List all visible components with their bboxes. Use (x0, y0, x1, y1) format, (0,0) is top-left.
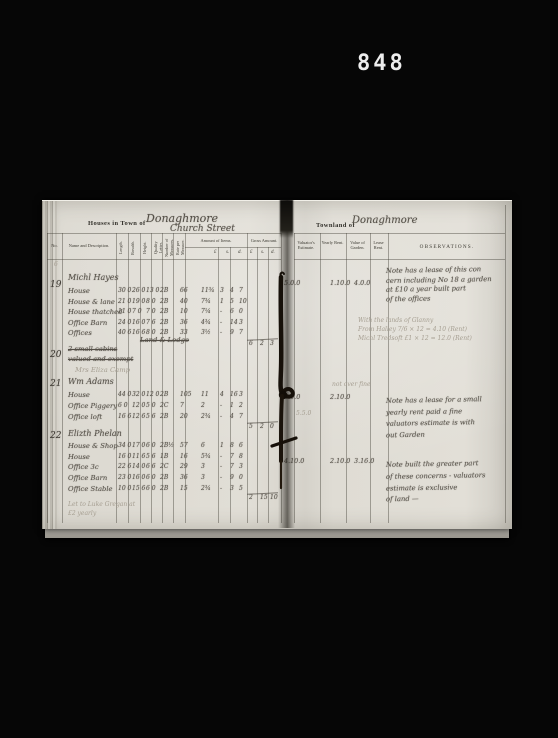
line-description: Office Piggery (68, 402, 117, 410)
observation-line: Note built the greater part (386, 459, 479, 469)
pence-sublabel: d. (238, 250, 242, 255)
breadth-value: 16 0 (132, 474, 145, 481)
observation-line: out Garden (386, 430, 425, 439)
breadth-value: 19 0 (132, 298, 145, 305)
amount-value: 10 (239, 298, 247, 305)
amount-value: 3 (239, 463, 243, 470)
observation-line: of these concerns - valuators (386, 471, 486, 481)
observation-line: yearly rent paid a fine (386, 407, 462, 416)
col-header-estimate: Valuator's Estimate. (293, 240, 319, 250)
breadth-value: 15 6 (132, 485, 145, 492)
yearly-rent-value: 1.10.0 (330, 279, 350, 287)
col-header-breadth: Breadth. (130, 236, 139, 259)
amount-value: 7 (230, 453, 234, 460)
grid-line (47, 233, 48, 523)
quality-value: 2B (160, 413, 168, 420)
amount-value: 6 (239, 442, 243, 449)
observation-line: of the offices (386, 295, 431, 304)
amount-value: 16 (230, 391, 238, 398)
amount-value: 3 (220, 287, 224, 294)
grid-line (294, 259, 505, 260)
amount-value: 1 (220, 442, 224, 449)
measures-value: 105 (180, 391, 191, 398)
col-header-observations: OBSERVATIONS. (392, 244, 502, 250)
rate-value: 2 (201, 402, 205, 409)
length-value: 23 0 (118, 474, 131, 481)
rate-value: 3½ (201, 329, 211, 336)
height-value: 8 0 (146, 298, 156, 305)
col-header-amount: Amount of Items. (186, 238, 246, 243)
length-value: 11 0 (118, 308, 131, 315)
amount-value: 1 (230, 402, 234, 409)
col-header-quality: Quality Letter. (153, 236, 162, 259)
entry-number: 20 (50, 350, 61, 360)
margin-pencil-note: 6 (54, 261, 58, 268)
amount-value: - (220, 308, 222, 315)
lease-rent-value: 3.16.0 (354, 457, 374, 465)
amount-value: 3 (230, 485, 234, 492)
length-value: 24 0 (118, 319, 131, 326)
measures-value: 57 (180, 442, 188, 449)
breadth-value: 12 6 (132, 413, 145, 420)
amount-value: 1 (220, 298, 224, 305)
amount-value: 5 (230, 298, 234, 305)
struck-note: Land & Lodge (140, 336, 189, 344)
pencil-bottom-note: Let to Luke Gregan at (68, 501, 135, 508)
amount-value: - (220, 413, 222, 420)
quality-value: 2C (160, 463, 168, 470)
quality-value: 2B (160, 298, 168, 305)
col-header-measures: Number of Measures. (164, 236, 173, 259)
observation-line: cern including No 18 a garden (386, 275, 492, 285)
height-value: 12 0 (146, 391, 159, 398)
height-value: 8 0 (146, 329, 156, 336)
line-description: House (68, 453, 90, 461)
measures-value: 10 (180, 308, 188, 315)
rate-value: 5¾ (201, 453, 211, 460)
rate-value: 4¾ (201, 319, 211, 326)
grid-line (320, 233, 321, 523)
rate-value: 3 (201, 474, 205, 481)
height-value: 6 0 (146, 485, 156, 492)
breadth-value: 26 0 (132, 287, 145, 294)
amount-value: 14 (230, 319, 238, 326)
length-value: 22 6 (118, 463, 131, 470)
gross-total-value: 5 (249, 423, 253, 430)
rate-value: 7¼ (201, 308, 211, 315)
gross-total-value: 2 (249, 494, 253, 501)
measures-value: 15 (180, 485, 188, 492)
amount-value: 8 (230, 442, 234, 449)
entry-number: 21 (50, 379, 61, 389)
rate-value: 2¾ (201, 485, 211, 492)
amount-value: 4 (230, 287, 234, 294)
amount-value: - (220, 474, 222, 481)
grid-line (47, 233, 281, 234)
rate-value: 7¾ (201, 298, 211, 305)
quality-value: 2C (160, 402, 168, 409)
shilling-sublabel: s. (261, 250, 264, 255)
length-value: 10 0 (118, 485, 131, 492)
amount-value: 7 (239, 329, 243, 336)
quality-value: 2B (160, 474, 168, 481)
breadth-value: 12 0 (132, 402, 145, 409)
amount-value: 3 (239, 391, 243, 398)
grid-line (218, 247, 219, 523)
film-frame-number: 848 (357, 51, 406, 76)
breadth-value: 16 0 (132, 319, 145, 326)
gross-total-value: 2 (260, 423, 264, 430)
grid-line (370, 233, 371, 523)
col-header-gross: Gross Amount. (247, 238, 281, 243)
col-header-lease: Lease Rent. (370, 240, 387, 250)
struck-entry-line: 2 small cabins (68, 345, 117, 353)
rate-value: 2¾ (201, 413, 211, 420)
grid-line (247, 233, 248, 523)
length-value: 30 0 (118, 287, 131, 294)
amount-value: 7 (239, 413, 243, 420)
quality-value: 2B (160, 319, 168, 326)
quality-value: 2B½ (160, 442, 174, 449)
amount-value: - (220, 453, 222, 460)
breadth-value: 17 0 (132, 442, 145, 449)
col-header-no: No. (47, 243, 62, 248)
rate-value: 11¾ (201, 287, 214, 294)
line-description: Office 3c (68, 463, 99, 471)
height-value: 6 6 (146, 463, 156, 470)
amount-value: 8 (239, 453, 243, 460)
book-spine-edge (42, 201, 57, 529)
amount-value: 2 (239, 402, 243, 409)
amount-value: - (220, 463, 222, 470)
amount-value: 3 (239, 319, 243, 326)
line-description: Offices (68, 329, 92, 337)
occupier-name: Elizth Phelan (68, 429, 122, 438)
quality-value: 1B (160, 453, 168, 460)
breadth-value: 32 0 (132, 391, 145, 398)
right-page-title: Townland of (316, 222, 355, 229)
quality-value: 2B (160, 391, 168, 398)
length-value: 34 0 (118, 442, 131, 449)
pound-sublabel: £ (250, 250, 253, 255)
book-gutter-shadow (280, 200, 293, 238)
breadth-value: 14 0 (132, 463, 145, 470)
breadth-value: 7 0 (132, 308, 142, 315)
col-header-rate: Rate per Measure. (175, 236, 184, 259)
grid-line (173, 233, 174, 523)
height-value: 6 0 (146, 474, 156, 481)
line-description: House & Shop (68, 442, 118, 450)
observation-line: Note has a lease for a small (386, 395, 482, 405)
pencil-observation-line: From Halley 7/6 × 12 = 4.10 (Rent) (358, 326, 467, 333)
measures-value: 16 (180, 453, 188, 460)
yearly-rent-value: 2.10.0 (330, 393, 350, 401)
amount-value: 4 (220, 391, 224, 398)
length-value: 16 0 (118, 453, 131, 460)
breadth-value: 16 6 (132, 329, 145, 336)
measures-value: 36 (180, 319, 188, 326)
breadth-value: 11 6 (132, 453, 145, 460)
length-value: 40 6 (118, 329, 131, 336)
rate-value: 3 (201, 463, 205, 470)
pencil-bottom-note: £2 yearly (68, 510, 96, 517)
amount-value: 9 (230, 474, 234, 481)
line-description: House thatched (68, 308, 123, 316)
pound-sublabel: £ (214, 250, 217, 255)
line-description: Office Barn (68, 474, 107, 482)
quality-value: 2B (160, 485, 168, 492)
occupier-name: Wm Adams (68, 377, 114, 386)
amount-value: - (220, 319, 222, 326)
entry-number: 22 (50, 431, 61, 441)
quality-value: 2B (160, 329, 168, 336)
length-value: 6 0 (118, 402, 128, 409)
amount-value: - (220, 402, 222, 409)
height-value: 5 6 (146, 453, 156, 460)
amount-value: 5 (239, 485, 243, 492)
line-description: House (68, 287, 90, 295)
pencil-rent-note: not over fine (332, 381, 371, 388)
tie-cord (270, 265, 310, 505)
gross-total-value: 2 (260, 340, 264, 347)
line-description: Office Stable (68, 485, 113, 493)
gross-total-value: 6 (249, 340, 253, 347)
height-value: 7 6 (146, 319, 156, 326)
measures-value: 29 (180, 463, 188, 470)
col-header-height: Height. (142, 236, 151, 259)
measures-value: 40 (180, 298, 188, 305)
grid-line (47, 259, 281, 260)
amount-value: 0 (239, 474, 243, 481)
observation-line: estimate is exclusive (386, 483, 458, 492)
garden-value: 4.0.0 (354, 279, 370, 287)
pencil-observation-line: With the lands of Glanny (358, 317, 433, 324)
amount-value: 7 (239, 287, 243, 294)
length-value: 16 6 (118, 413, 131, 420)
occupier-name: Michl Hayes (68, 273, 119, 282)
col-header-length: Length. (118, 236, 127, 259)
line-description: Office Barn (68, 319, 107, 327)
rate-value: 11 (201, 391, 209, 398)
grid-line (185, 247, 281, 248)
col-header-yearly-rent: Yearly Rent. (320, 240, 345, 245)
length-value: 44 0 (118, 391, 131, 398)
measures-value: 66 (180, 287, 188, 294)
height-value: 6 0 (146, 442, 156, 449)
grid-line (268, 247, 269, 523)
pencil-observation-line: Michl Tredsoft £1 × 12 = 12.0 (Rent) (358, 335, 472, 342)
quality-value: 2B (160, 308, 168, 315)
measures-value: 36 (180, 474, 188, 481)
amount-value: 4 (230, 413, 234, 420)
measures-value: 7 (180, 402, 184, 409)
shilling-sublabel: s. (226, 250, 229, 255)
pence-sublabel: d. (271, 250, 275, 255)
height-value: 5 0 (146, 402, 156, 409)
amount-value: 9 (230, 329, 234, 336)
amount-value: 7 (230, 463, 234, 470)
amount-value: - (220, 485, 222, 492)
townland-name-handwritten: Donaghmore (352, 215, 417, 226)
amount-value: 6 (230, 308, 234, 315)
line-description: Office loft (68, 413, 102, 421)
rate-value: 6 (201, 442, 205, 449)
left-page-title: Houses in Town of (88, 220, 146, 227)
observation-line: of land — (386, 495, 419, 504)
entry-number: 19 (50, 280, 61, 290)
height-value: 5 6 (146, 413, 156, 420)
grid-line (294, 233, 505, 234)
microfilm-frame: 848 Houses in Town of Donaghmore Church … (0, 0, 558, 738)
amount-value: - (220, 329, 222, 336)
measures-value: 20 (180, 413, 188, 420)
amount-value: 0 (239, 308, 243, 315)
pencil-note: Mrs Eliza Camp (75, 366, 130, 374)
height-value: 13 0 (146, 287, 159, 294)
yearly-rent-value: 2.10.0 (330, 457, 350, 465)
grid-line (62, 233, 63, 523)
observation-line: Note has a lease of this con (386, 265, 481, 275)
line-description: House & lane (68, 298, 115, 306)
grid-line (505, 205, 506, 523)
gross-total-value: 15 (260, 494, 268, 501)
struck-entry-line: valued and exempt (68, 355, 133, 363)
length-value: 21 0 (118, 298, 131, 305)
grid-line (257, 247, 258, 523)
quality-value: 2B (160, 287, 168, 294)
line-description: House (68, 391, 90, 399)
col-header-garden: Value of Garden. (346, 240, 369, 250)
height-value: 7 0 (146, 308, 156, 315)
col-header-name: Name and Description. (62, 243, 116, 248)
grid-line (346, 233, 347, 523)
measures-value: 33 (180, 329, 188, 336)
